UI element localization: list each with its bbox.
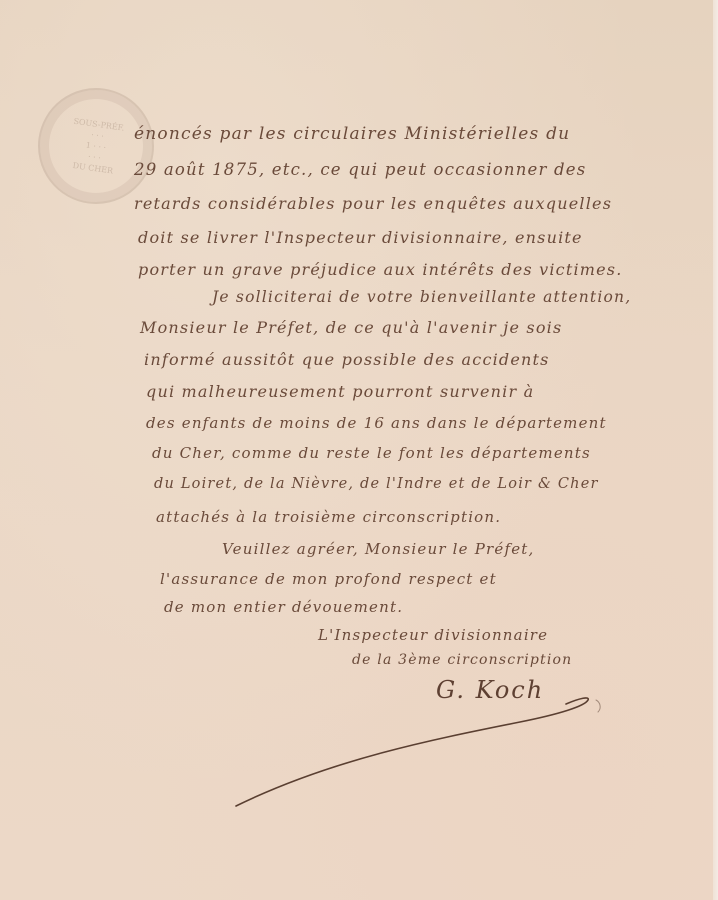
letter-page: SOUS-PRÉF. · · · 1 · · · · · · DU CHER é… — [0, 0, 718, 900]
signature-flourish — [0, 0, 718, 900]
